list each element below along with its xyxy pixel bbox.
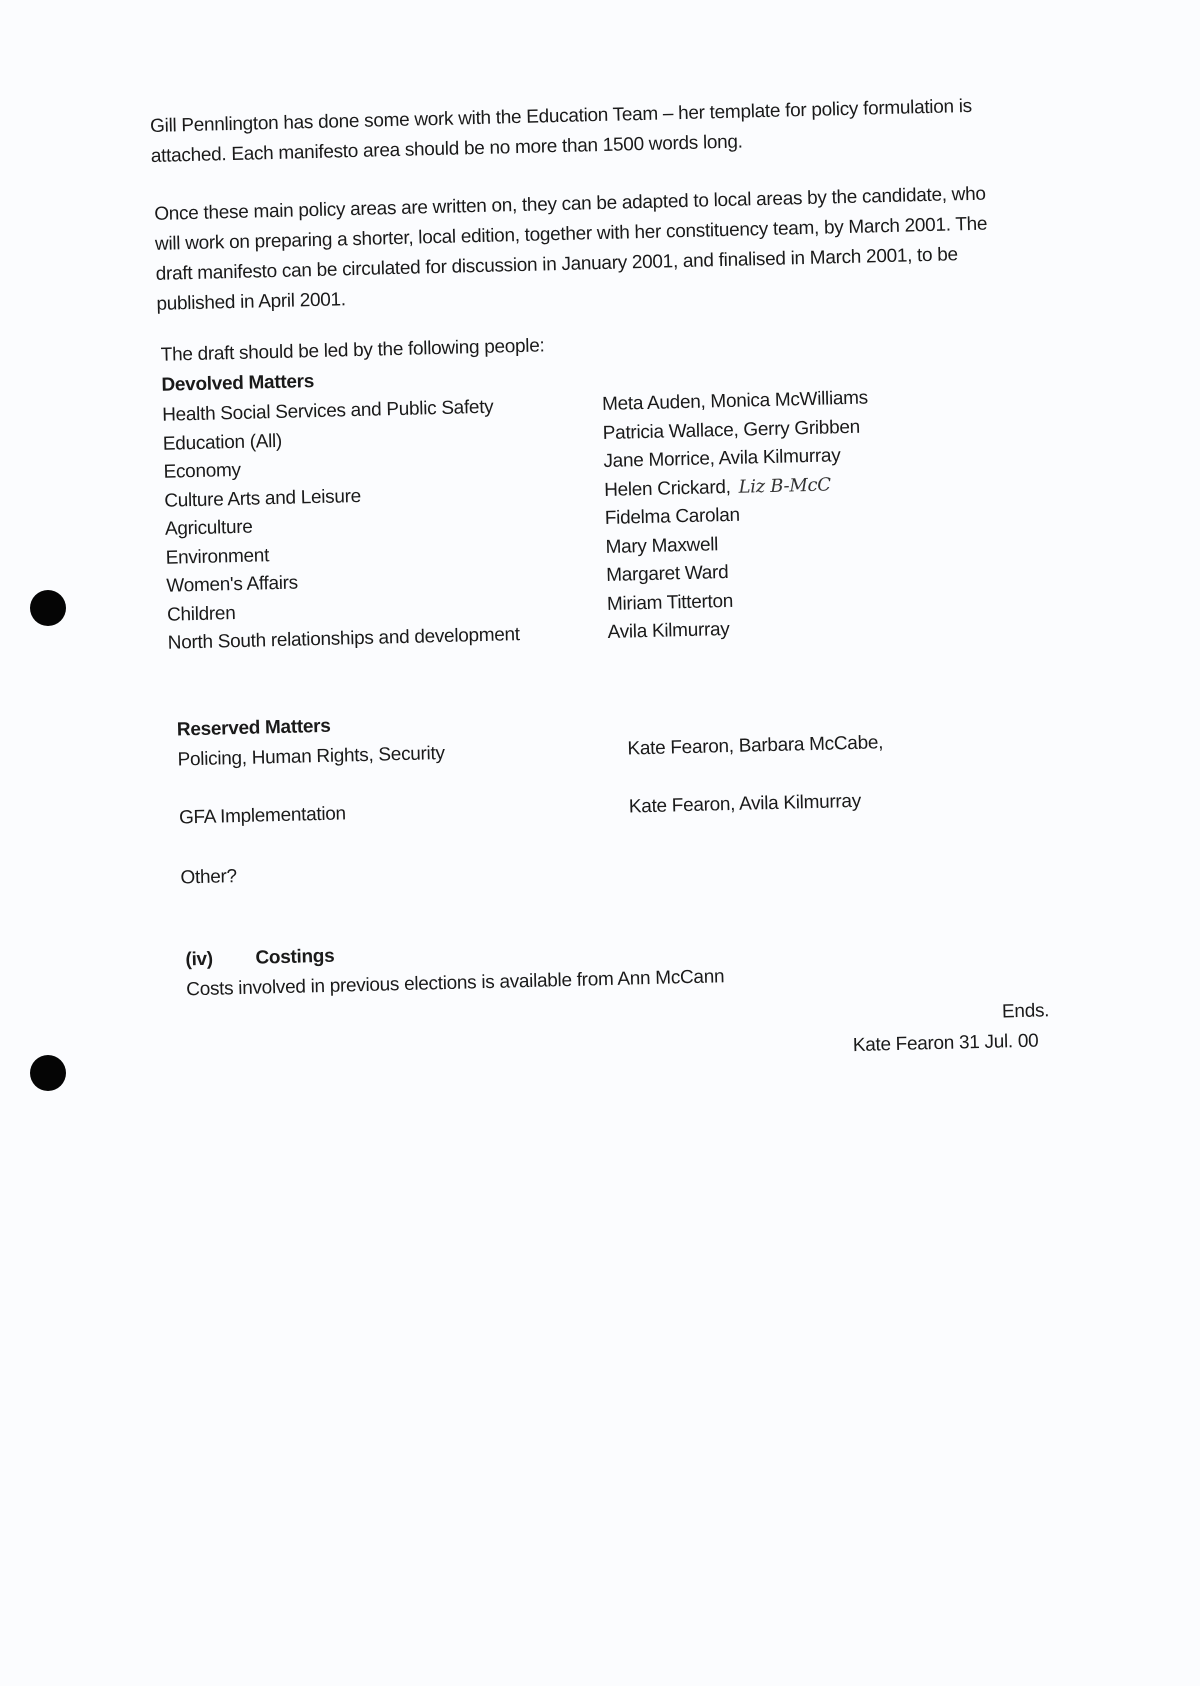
section-number: (iv) [185, 948, 256, 972]
people-names: Helen Crickard, [604, 476, 731, 500]
devolved-people: Margaret Ward [606, 562, 729, 587]
devolved-people: Helen Crickard,Liz B-McC [604, 474, 831, 502]
people-names: Fidelma Carolan [605, 505, 740, 529]
people-names: Avila Kilmurray [607, 619, 729, 643]
devolved-people: Mary Maxwell [605, 534, 718, 559]
reserved-area: Policing, Human Rights, Security [177, 743, 445, 772]
devolved-people: Avila Kilmurray [607, 619, 729, 644]
people-names: Margaret Ward [606, 562, 729, 586]
costings-title: Costings [255, 946, 334, 969]
devolved-heading: Devolved Matters [161, 371, 314, 397]
reserved-area: GFA Implementation [179, 803, 346, 829]
paragraph: Gill Pennlington has done some work with… [150, 91, 991, 172]
devolved-people: Meta Auden, Monica McWilliams [602, 388, 868, 416]
devolved-area: North South relationships and developmen… [168, 624, 521, 655]
devolved-area: Economy [163, 460, 241, 484]
reserved-heading: Reserved Matters [177, 716, 331, 742]
people-names: Patricia Wallace, Gerry Gribben [603, 416, 861, 443]
handwritten-annotation: Liz B-McC [738, 474, 831, 497]
devolved-area: Education (All) [163, 430, 283, 455]
people-names: Miriam Titterton [607, 590, 734, 614]
ends-text: Ends. [1002, 1000, 1050, 1023]
paragraph: Once these main policy areas are written… [154, 179, 997, 319]
people-names: Jane Morrice, Avila Kilmurray [603, 445, 840, 472]
reserved-people: Kate Fearon, Barbara McCabe, [627, 732, 883, 760]
devolved-area: Women's Affairs [166, 573, 298, 598]
devolved-people: Miriam Titterton [607, 590, 734, 615]
costings-text: Costs involved in previous elections is … [186, 966, 724, 1001]
devolved-people: Jane Morrice, Avila Kilmurray [603, 445, 840, 473]
devolved-people: Fidelma Carolan [605, 505, 740, 530]
costings-heading: (iv)Costings [185, 946, 334, 972]
author-date: Kate Fearon 31 Jul. 00 [853, 1031, 1039, 1058]
devolved-area: Agriculture [165, 517, 253, 541]
devolved-people: Patricia Wallace, Gerry Gribben [603, 416, 861, 444]
devolved-area: Children [167, 603, 236, 627]
devolved-area: Health Social Services and Public Safety [162, 397, 494, 427]
reserved-people: Kate Fearon, Avila Kilmurray [629, 791, 861, 819]
people-names: Mary Maxwell [605, 534, 718, 558]
devolved-area: Culture Arts and Leisure [164, 485, 361, 512]
people-names: Meta Auden, Monica McWilliams [602, 388, 868, 415]
lead-intro: The draft should be led by the following… [160, 335, 544, 366]
devolved-area: Environment [165, 545, 269, 570]
reserved-other: Other? [180, 866, 237, 889]
document-page: Gill Pennlington has done some work with… [0, 0, 1200, 1686]
